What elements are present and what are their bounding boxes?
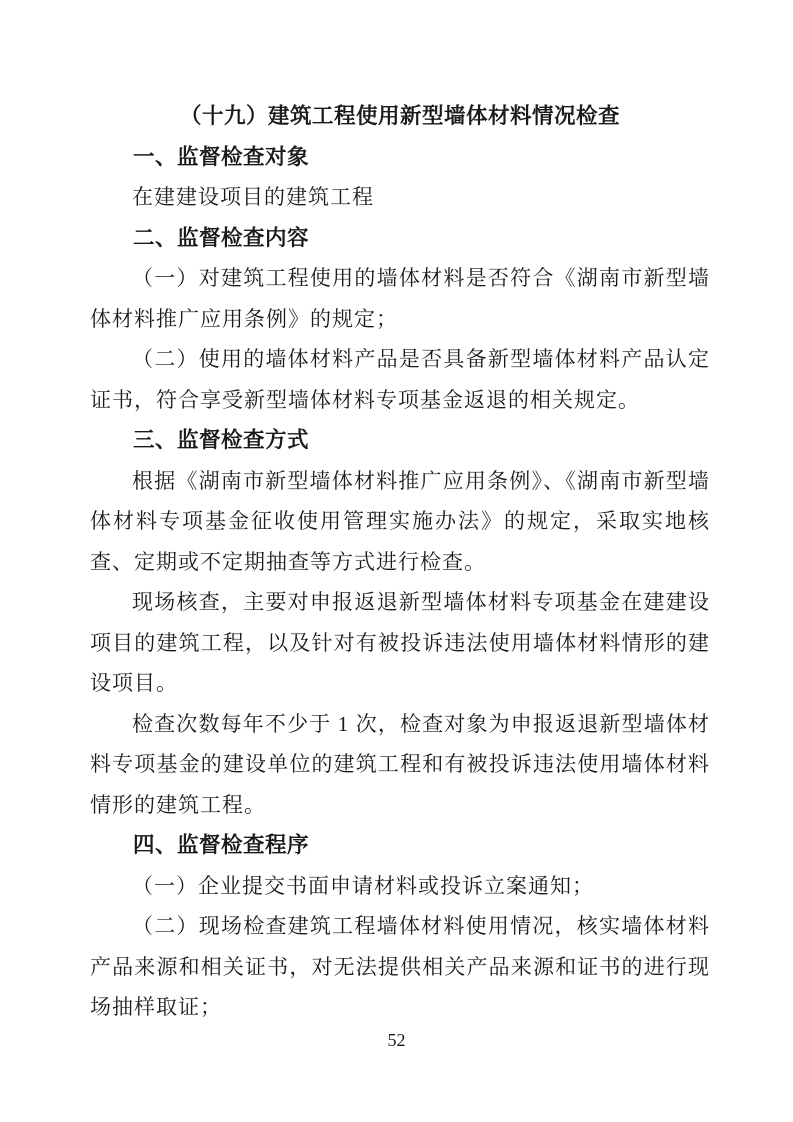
section-heading-4: 四、监督检查程序 [90,825,710,866]
paragraph: （二）现场检查建筑工程墙体材料使用情况，核实墙体材料产品来源和相关证书，对无法提… [90,906,710,1028]
section-heading-1: 一、监督检查对象 [90,137,710,178]
section-heading-3: 三、监督检查方式 [90,420,710,461]
section-heading-2: 二、监督检查内容 [90,218,710,259]
paragraph: 现场核查，主要对申报返退新型墙体材料专项基金在建建设项目的建筑工程，以及针对有被… [90,582,710,704]
document-title: （十九）建筑工程使用新型墙体材料情况检查 [90,96,710,137]
paragraph: 检查次数每年不少于 1 次，检查对象为申报返退新型墙体材料专项基金的建设单位的建… [90,704,710,826]
paragraph: （一）对建筑工程使用的墙体材料是否符合《湖南市新型墙体材料推广应用条例》的规定； [90,258,710,339]
document-content: （十九）建筑工程使用新型墙体材料情况检查 一、监督检查对象 在建建设项目的建筑工… [90,96,710,1028]
paragraph: （二）使用的墙体材料产品是否具备新型墙体材料产品认定证书，符合享受新型墙体材料专… [90,339,710,420]
paragraph: （一）企业提交书面申请材料或投诉立案通知； [90,866,710,907]
page-number: 52 [0,1028,793,1052]
paragraph: 根据《湖南市新型墙体材料推广应用条例》、《湖南市新型墙体材料专项基金征收使用管理… [90,461,710,583]
document-page: （十九）建筑工程使用新型墙体材料情况检查 一、监督检查对象 在建建设项目的建筑工… [0,0,793,1122]
paragraph: 在建建设项目的建筑工程 [90,177,710,218]
